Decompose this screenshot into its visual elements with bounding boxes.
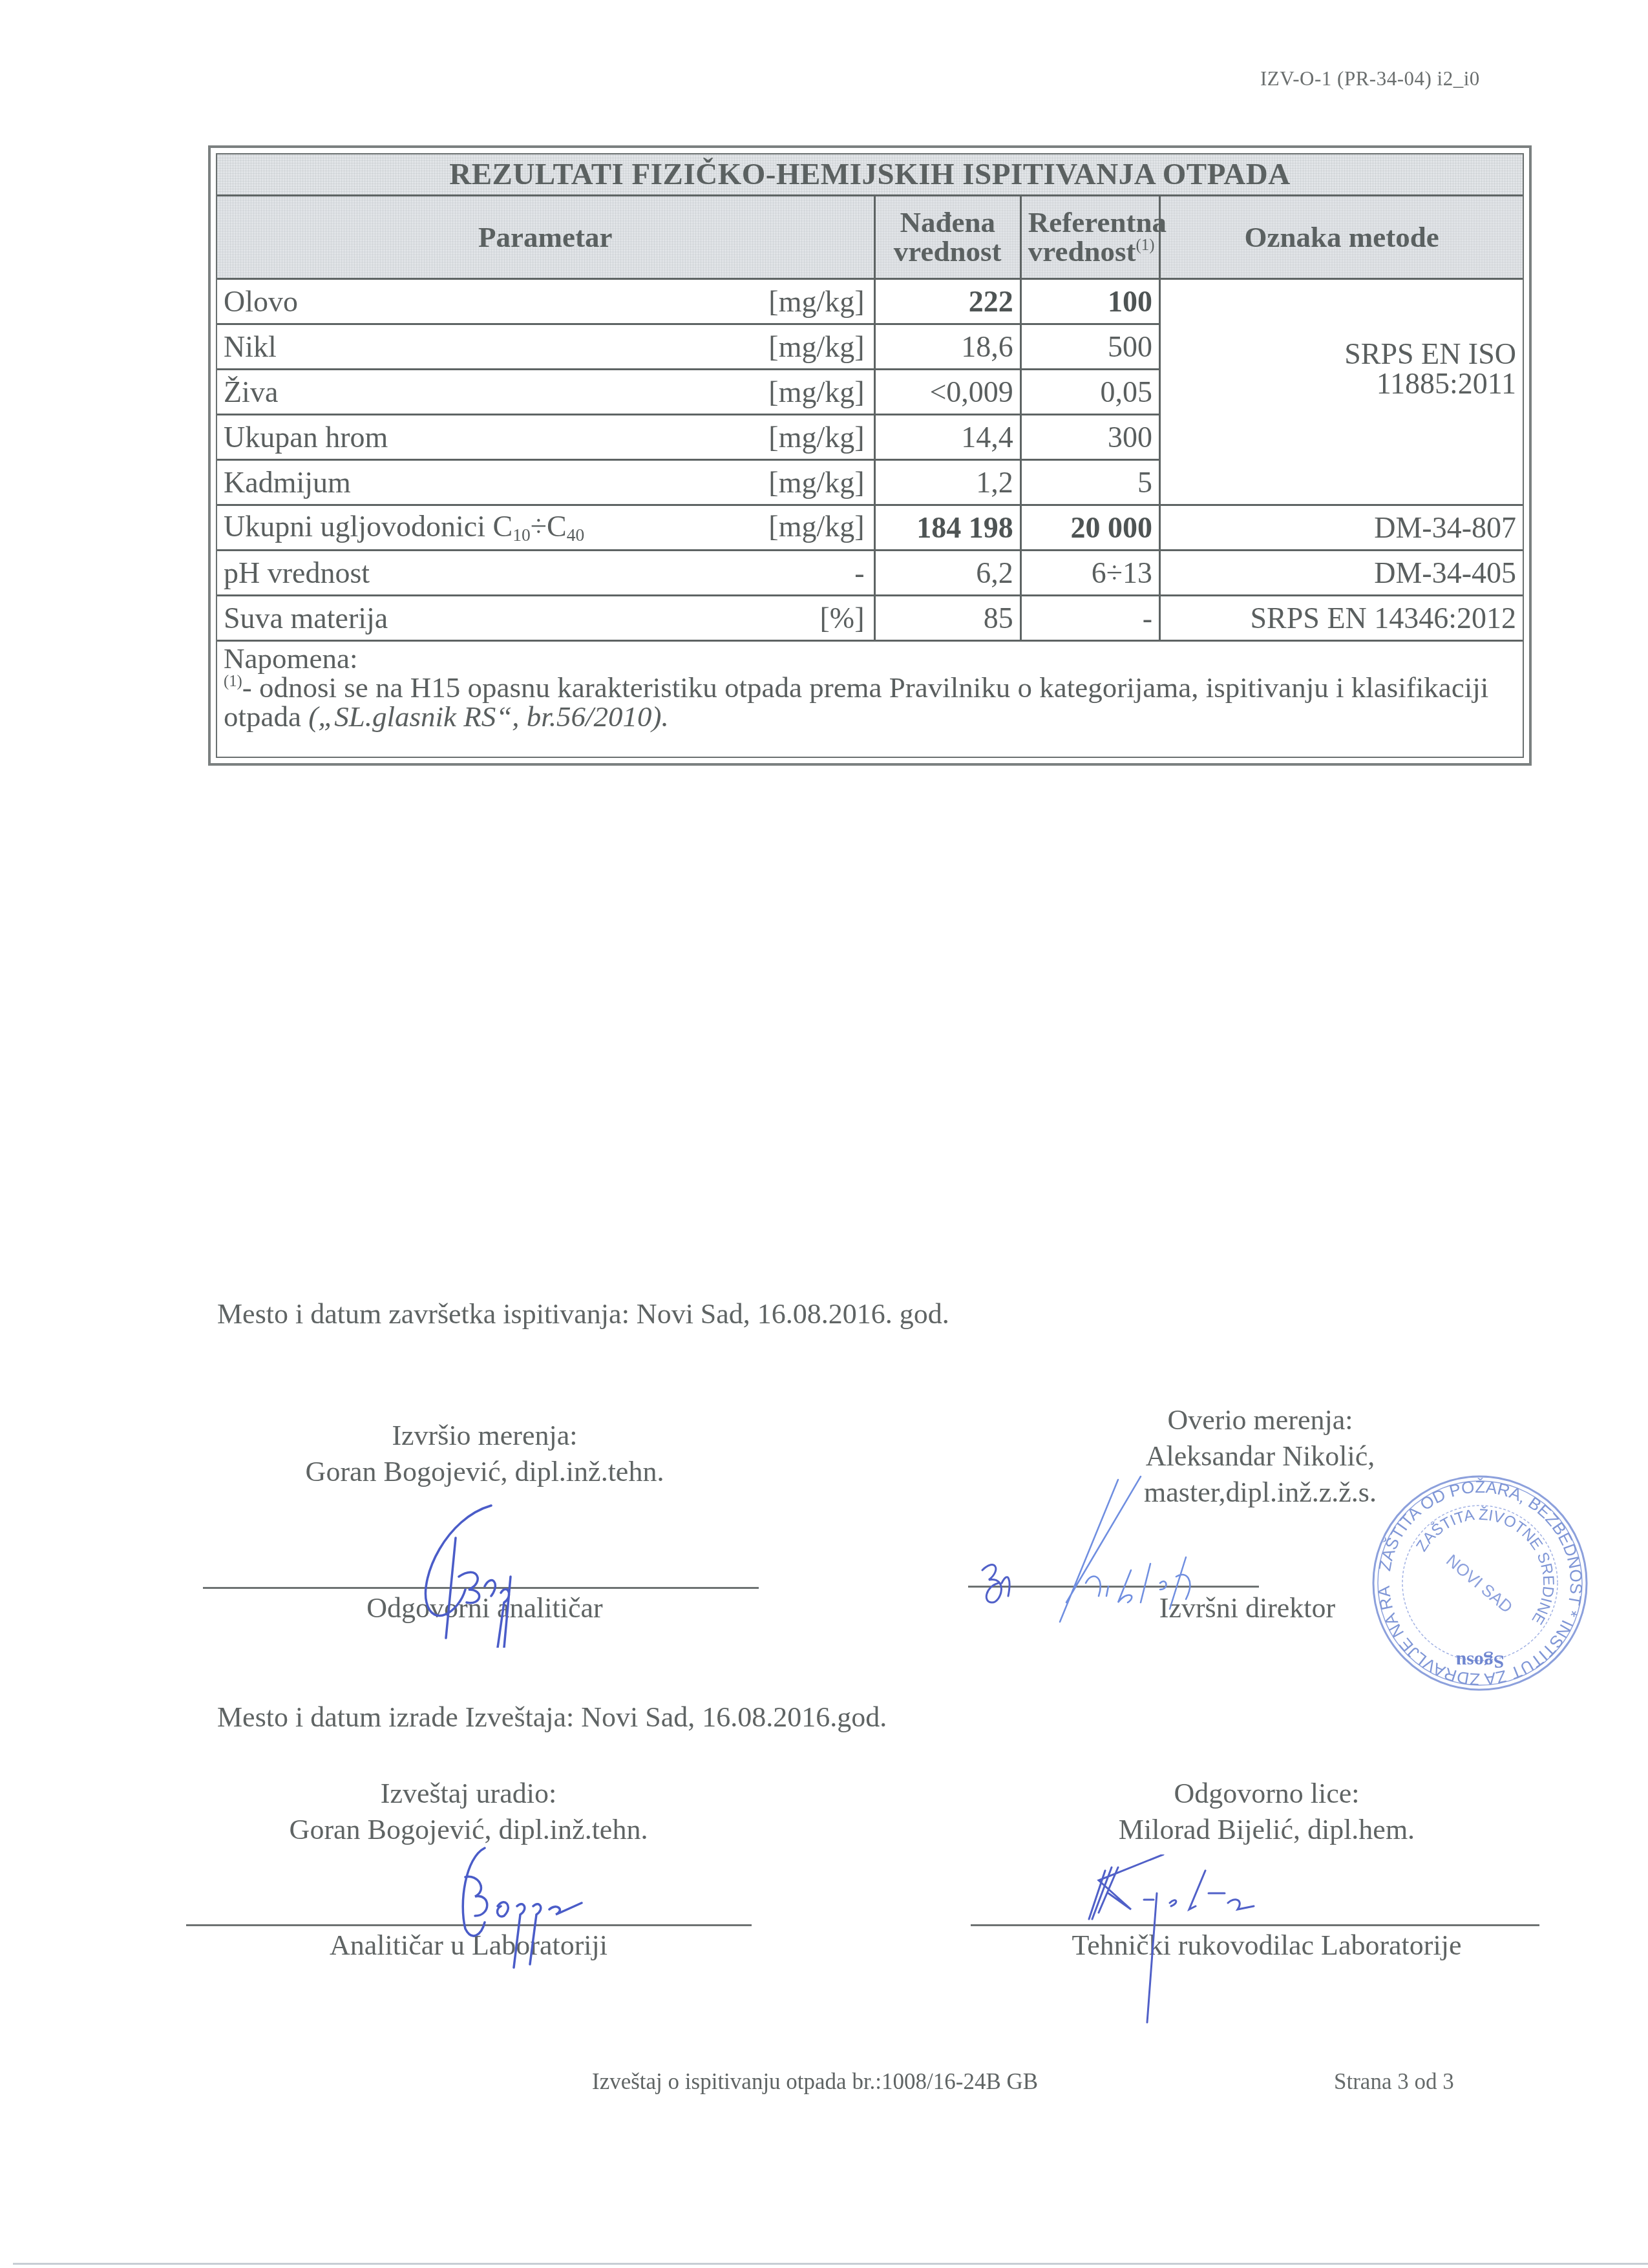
col-header-reference: Referentna vrednost(1) — [1020, 196, 1159, 279]
signature-bijelic-icon — [1060, 1854, 1331, 2029]
signature-heading: Izvršio merenja: — [194, 1418, 776, 1454]
parameter-cell: Ukupni ugljovodonici C10÷C40[mg/kg] — [217, 505, 874, 551]
found-value: 184 198 — [874, 505, 1020, 551]
col-header-method: Oznaka metode — [1160, 196, 1523, 279]
parameter-unit: [mg/kg] — [768, 377, 867, 407]
reference-value: 500 — [1020, 324, 1159, 370]
found-value: 85 — [874, 596, 1020, 641]
method-code: DM-34-807 — [1160, 505, 1523, 551]
note-label: Napomena: — [224, 644, 1516, 673]
footnote-marker: (1) — [1136, 236, 1155, 254]
signature-goran-2-icon — [452, 1845, 646, 1974]
signature-goran-1-icon — [394, 1499, 556, 1648]
report-date: Mesto i datum izrade Izveštaja: Novi Sad… — [217, 1701, 887, 1734]
table-note: Napomena: (1)- odnosi se na H15 opasnu k… — [217, 641, 1523, 740]
parameter-name: Ukupni ugljovodonici C10÷C40 — [224, 512, 584, 543]
parameter-cell: pH vrednost- — [217, 551, 874, 596]
reference-value: 0,05 — [1020, 370, 1159, 415]
parameter-unit: [mg/kg] — [768, 332, 867, 362]
found-value: 6,2 — [874, 551, 1020, 596]
parameter-name: Suva materija — [224, 604, 388, 633]
company-stamp-icon: ZAŠTITA OD POŽARA, BEZBEDNOST * INSTITUT… — [1370, 1473, 1590, 1693]
svg-text:ZAŠTITA ŽIVOTNE SREDINE: ZAŠTITA ŽIVOTNE SREDINE — [1413, 1506, 1557, 1628]
signatory-name: Goran Bogojević, dipl.inž.tehn. — [194, 1454, 776, 1490]
document-code: IZV-O-1 (PR-34-04) i2_i0 — [1260, 67, 1480, 90]
signature-block-responsible-person: Odgovorno lice: Milorad Bijelić, dipl.he… — [982, 1776, 1551, 1848]
signature-heading: Odgovorno lice: — [982, 1776, 1551, 1812]
reference-value: - — [1020, 596, 1159, 641]
table-row: Olovo[mg/kg]222100SRPS EN ISO11885:2011 — [217, 279, 1523, 324]
signature-heading: Overio merenja: — [982, 1402, 1538, 1438]
signatory-name: Aleksandar Nikolić, — [982, 1438, 1538, 1475]
results-table-inner: REZULTATI FIZIČKO-HEMIJSKIH ISPITIVANJA … — [216, 153, 1524, 758]
method-code: DM-34-405 — [1160, 551, 1523, 596]
parameter-cell: Kadmijum[mg/kg] — [217, 460, 874, 505]
parameter-cell: Nikl[mg/kg] — [217, 324, 874, 370]
found-value: 222 — [874, 279, 1020, 324]
parameter-name: Nikl — [224, 332, 277, 362]
signatory-name: Milorad Bijelić, dipl.hem. — [982, 1812, 1551, 1848]
parameter-unit: - — [854, 558, 867, 588]
results-table: REZULTATI FIZIČKO-HEMIJSKIH ISPITIVANJA … — [217, 154, 1523, 739]
page-number: Strana 3 od 3 — [1334, 2069, 1454, 2095]
signature-nikolic-icon — [963, 1473, 1402, 1628]
parameter-unit: [%] — [820, 604, 867, 633]
report-number: Izveštaj o ispitivanju otpada br.:1008/1… — [592, 2069, 1038, 2095]
parameter-unit: [mg/kg] — [768, 512, 867, 541]
note-text: (1)- odnosi se na H15 opasnu karakterist… — [224, 673, 1516, 731]
table-row: pH vrednost-6,26÷13DM-34-405 — [217, 551, 1523, 596]
method-code: SRPS EN 14346:2012 — [1160, 596, 1523, 641]
parameter-name: Olovo — [224, 287, 298, 317]
parameter-unit: [mg/kg] — [768, 423, 867, 452]
found-value: 18,6 — [874, 324, 1020, 370]
signature-block-measured-by: Izvršio merenja: Goran Bogojević, dipl.i… — [194, 1418, 776, 1490]
found-value: 14,4 — [874, 415, 1020, 460]
reference-value: 20 000 — [1020, 505, 1159, 551]
reference-value: 6÷13 — [1020, 551, 1159, 596]
table-row: Suva materija[%]85-SRPS EN 14346:2012 — [217, 596, 1523, 641]
col-header-found: Nađena vrednost — [874, 196, 1020, 279]
col-header-parameter: Parametar — [217, 196, 874, 279]
table-title: REZULTATI FIZIČKO-HEMIJSKIH ISPITIVANJA … — [217, 154, 1523, 196]
method-code-merged: SRPS EN ISO11885:2011 — [1160, 279, 1523, 505]
signature-block-report-by: Izveštaj uradio: Goran Bogojević, dipl.i… — [171, 1776, 766, 1848]
testing-date: Mesto i datum završetka ispitivanja: Nov… — [217, 1297, 949, 1330]
parameter-cell: Ukupan hrom[mg/kg] — [217, 415, 874, 460]
svg-text:Sgosu: Sgosu — [1455, 1651, 1504, 1672]
parameter-name: Ukupan hrom — [224, 423, 388, 452]
parameter-cell: Olovo[mg/kg] — [217, 279, 874, 324]
parameter-cell: Živa[mg/kg] — [217, 370, 874, 415]
table-row: Ukupni ugljovodonici C10÷C40[mg/kg]184 1… — [217, 505, 1523, 551]
signatory-name: Goran Bogojević, dipl.inž.tehn. — [171, 1812, 766, 1848]
parameter-name: pH vrednost — [224, 558, 370, 588]
found-value: <0,009 — [874, 370, 1020, 415]
parameter-unit: [mg/kg] — [768, 468, 867, 498]
reference-value: 300 — [1020, 415, 1159, 460]
parameter-name: Kadmijum — [224, 468, 351, 498]
parameter-cell: Suva materija[%] — [217, 596, 874, 641]
scan-edge-line — [13, 2263, 1648, 2265]
parameter-name: Živa — [224, 377, 278, 407]
reference-value: 100 — [1020, 279, 1159, 324]
results-table-frame: REZULTATI FIZIČKO-HEMIJSKIH ISPITIVANJA … — [208, 145, 1532, 766]
reference-value: 5 — [1020, 460, 1159, 505]
signature-heading: Izveštaj uradio: — [171, 1776, 766, 1812]
parameter-unit: [mg/kg] — [768, 287, 867, 317]
svg-text:NOVI SAD: NOVI SAD — [1442, 1550, 1516, 1617]
found-value: 1,2 — [874, 460, 1020, 505]
